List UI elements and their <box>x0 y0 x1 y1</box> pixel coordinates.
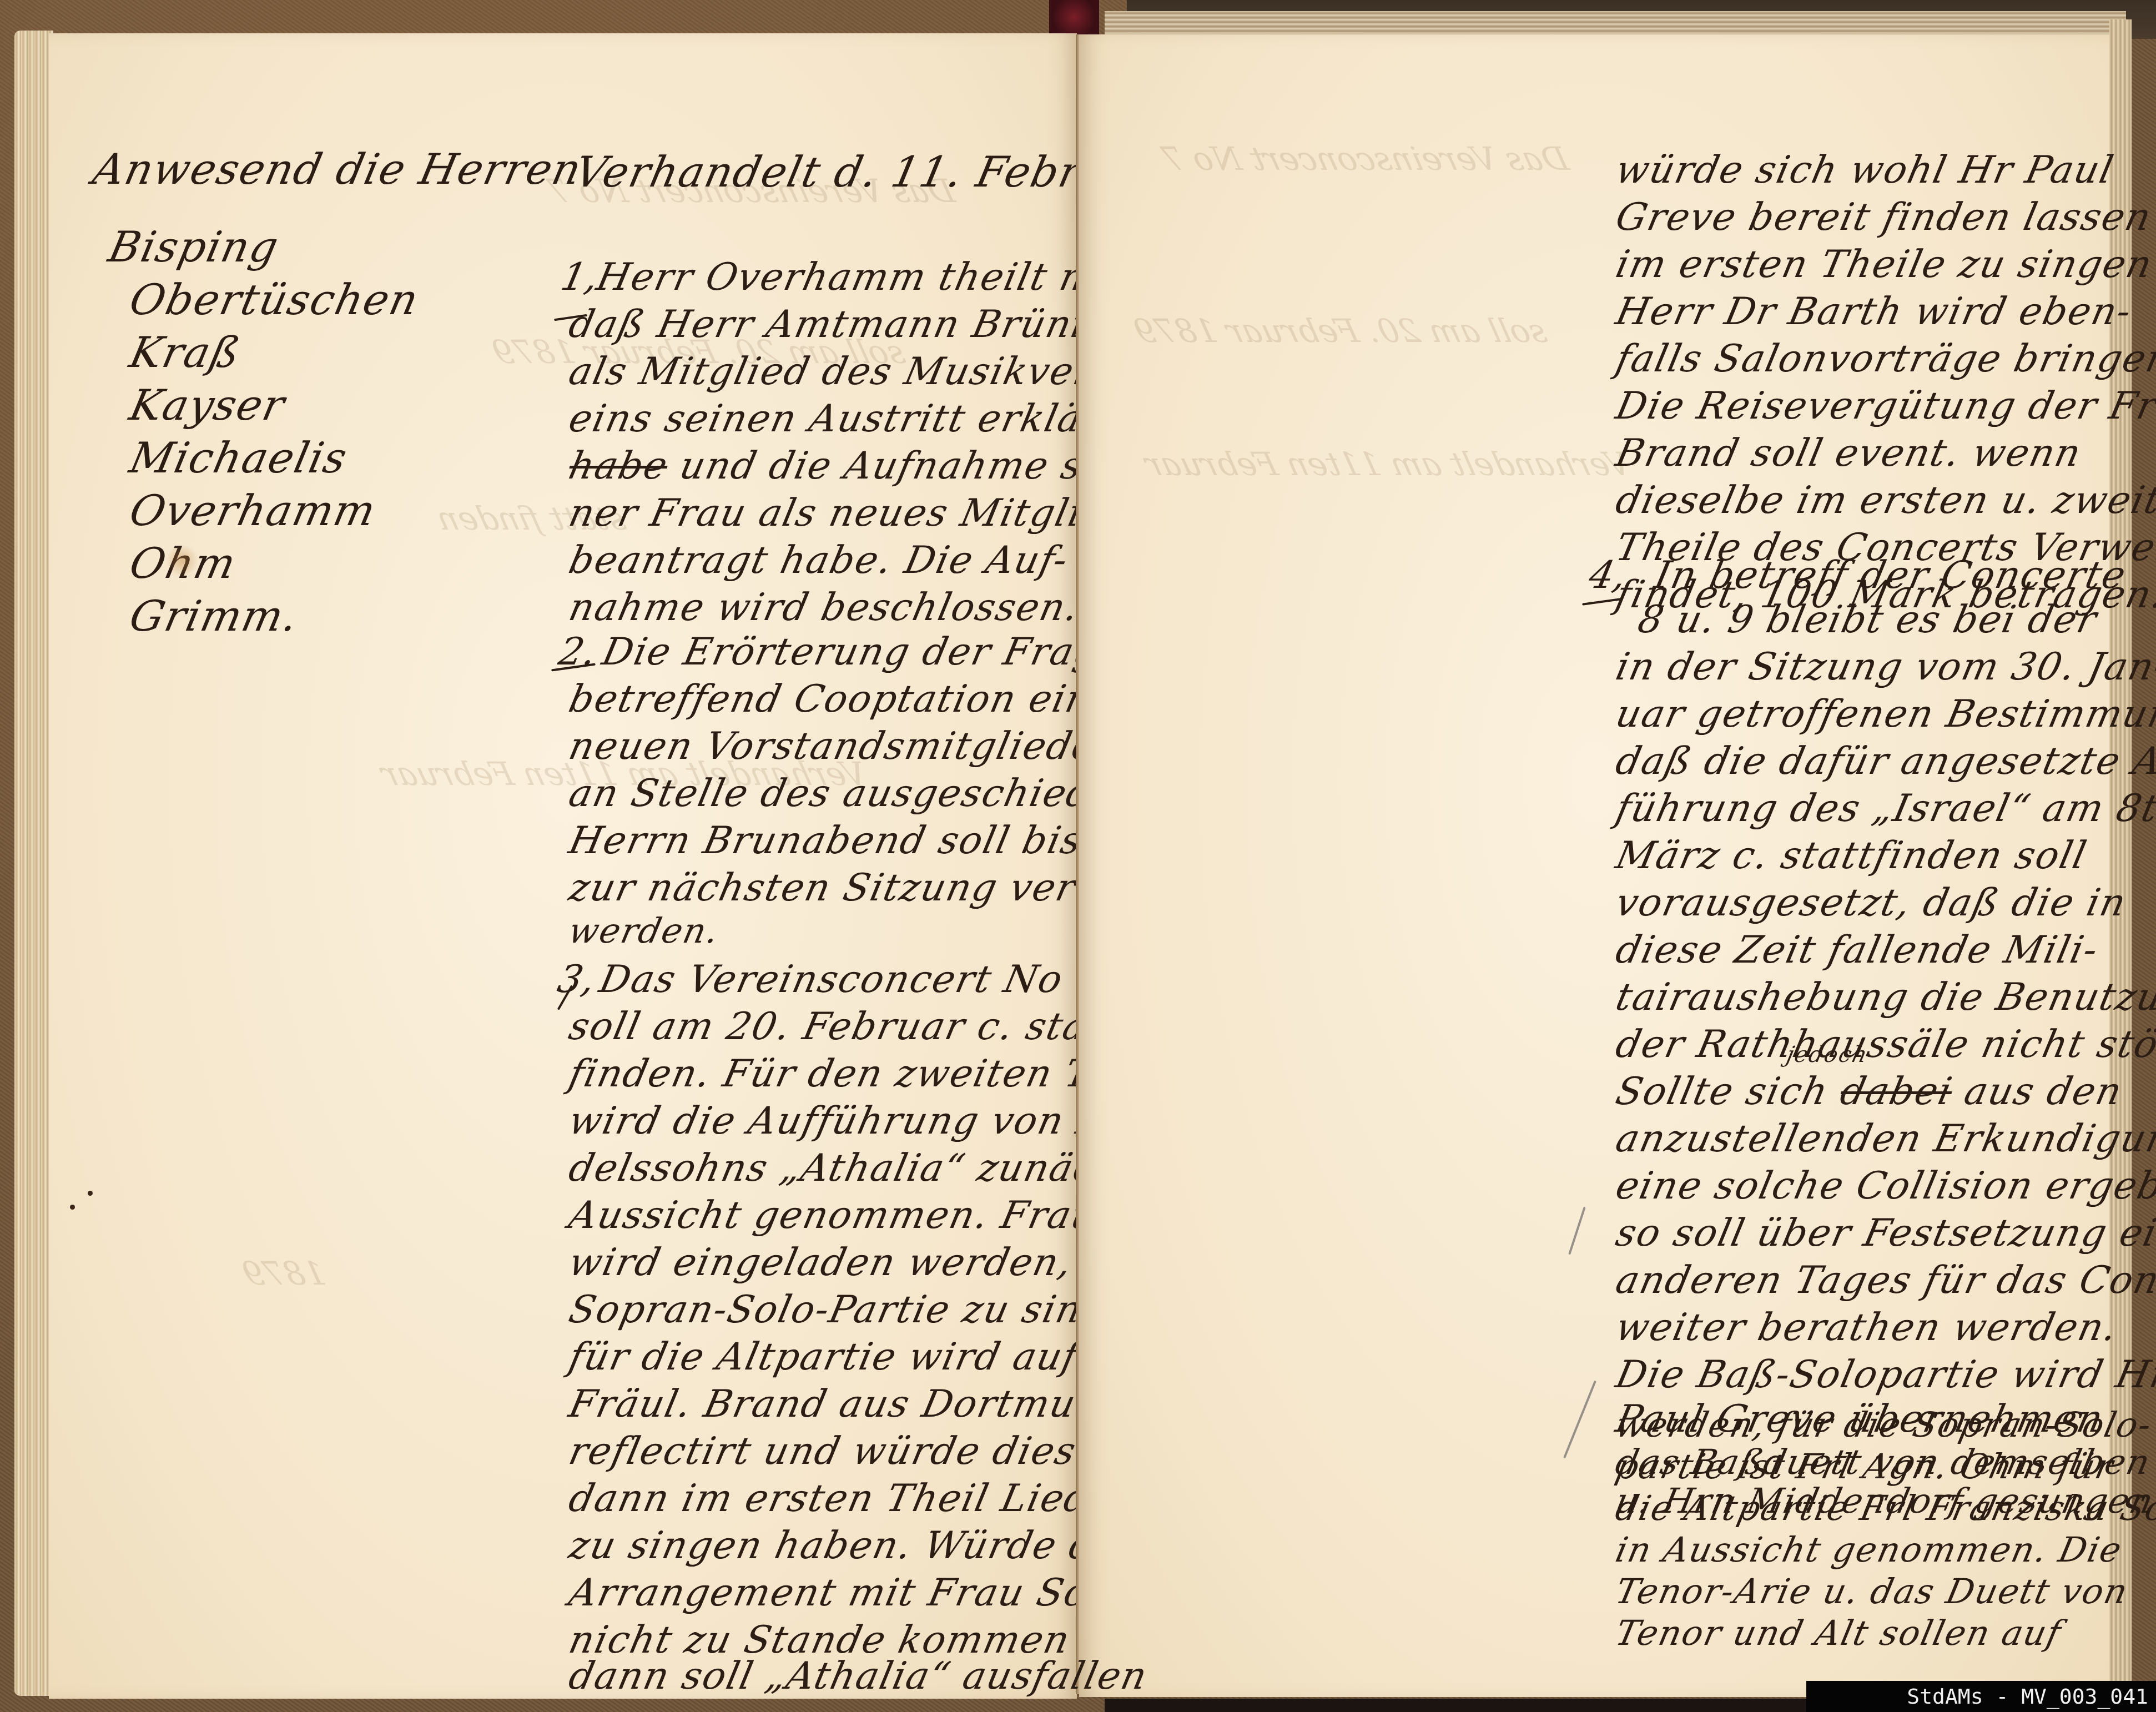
minutes-line: Die Baß-Solopartie wird Hr. <box>1612 1353 2156 1397</box>
minutes-line: anzustellenden Erkundigungen <box>1612 1117 2156 1161</box>
attendee-name: Grimm. <box>125 591 304 641</box>
pencil-margin-mark <box>1563 1381 1596 1459</box>
minutes-line: Tenor-Arie u. das Duett von <box>1612 1571 2132 1612</box>
minutes-line: werden, für die Sopran-Solo- <box>1612 1404 2156 1445</box>
minutes-line: habe und die Aufnahme sei- <box>565 444 1137 488</box>
minutes-line: Herr Overhamm theilt mit, <box>593 255 1145 299</box>
attendee-name: Bisping <box>104 222 284 271</box>
attendee-name: Michaelis <box>125 433 352 482</box>
struck-word: habe <box>565 444 672 488</box>
minutes-line: 8 u. 9 bleibt es bei der <box>1634 598 2101 642</box>
spine-headband <box>1049 0 1099 34</box>
minutes-line: zur nächsten Sitzung vertagt <box>565 866 1162 910</box>
page-stack-top <box>1105 11 2126 36</box>
minutes-line: weiter berathen werden. <box>1612 1306 2122 1350</box>
minutes-line: tairaushebung die Benutzung <box>1612 975 2156 1019</box>
struck-word: dabei <box>1836 1070 1956 1114</box>
minutes-line: würde sich wohl Hr Paul <box>1612 148 2118 192</box>
ink-speck <box>70 1205 75 1210</box>
minutes-line: März c. stattfinden soll <box>1612 834 2091 878</box>
attendee-name: Kayser <box>125 380 290 430</box>
minutes-line: Brand soll event. wenn <box>1612 431 2086 475</box>
minutes-line: eine solche Collision ergeben <box>1612 1164 2156 1208</box>
minutes-line: Die Reisevergütung der Fräul. <box>1612 384 2156 428</box>
minutes-line: soll am 20. Februar c. statt- <box>565 1005 1138 1049</box>
minutes-line: neuen Vorstandsmitgliedes <box>565 724 1121 768</box>
minutes-line: anderen Tages für das Concert <box>1612 1258 2156 1302</box>
minutes-line: Sollte sich dabei aus den <box>1612 1070 2127 1114</box>
interlinear-insert: jedoch <box>1784 1042 1871 1068</box>
bleed-through-text: 1879 <box>239 1255 330 1292</box>
minutes-line: in der Sitzung vom 30. Jan- <box>1612 645 2156 689</box>
minutes-line-rest: und die Aufnahme sei- <box>663 444 1137 488</box>
minutes-line: In betreff der Concerte <box>1651 553 2130 597</box>
left-page: Das Vereinsconcert No 7 soll am 20. Febr… <box>49 33 1077 1699</box>
minutes-line: nahme wird beschlossen. <box>565 586 1084 630</box>
bleed-through-text: Das Vereinsconcert No 7 <box>1158 140 1573 178</box>
minutes-line: daß Herr Amtmann Brüning <box>565 303 1140 346</box>
minutes-line: ner Frau als neues Mitglied <box>565 491 1135 535</box>
page-stack-left <box>14 31 53 1696</box>
minutes-line: zu singen haben. Würde das <box>565 1524 1144 1568</box>
minutes-line: werden. <box>565 910 723 951</box>
minutes-line: Greve bereit finden lassen <box>1612 195 2155 239</box>
archive-reference-label: StdAMs - MV_003_041 <box>1806 1681 2156 1712</box>
minutes-line: in Aussicht genommen. Die <box>1612 1529 2126 1570</box>
minutes-line: Fräul. Brand aus Dortmund <box>565 1382 1131 1426</box>
bleed-through-text: Verhandelt am 11ten Februar <box>1141 445 1634 483</box>
minutes-line: Die Erörterung der Frage <box>598 630 1127 674</box>
minutes-line: der Rathhaussäle nicht stört. <box>1612 1023 2156 1066</box>
item-number: 3, <box>554 958 600 1001</box>
minutes-line: beantragt habe. Die Auf- <box>565 538 1072 582</box>
minutes-line: Das Vereinsconcert No 7 <box>596 958 1106 1001</box>
minutes-line: vorausgesetzt, daß die in <box>1612 881 2130 925</box>
ink-speck <box>88 1191 93 1196</box>
minutes-line: uar getroffenen Bestimmung, <box>1612 692 2156 736</box>
minutes-line: diese Zeit fallende Mili- <box>1612 928 2103 972</box>
minutes-line: führung des „Israel“ am 8ten <box>1612 787 2156 830</box>
minutes-line: wird eingeladen werden, die <box>565 1241 1152 1285</box>
minutes-line: so soll über Festsetzung eines <box>1612 1211 2156 1255</box>
minutes-line: im ersten Theile zu singen <box>1612 243 2156 286</box>
minutes-line: Herr Dr Barth wird eben- <box>1612 290 2136 334</box>
minutes-line: betreffend Cooptation eines <box>565 677 1140 721</box>
minutes-line: Herrn Brunabend soll bis <box>565 819 1086 863</box>
minutes-line: falls Salonvorträge bringen. <box>1612 337 2156 381</box>
minutes-line: die Altpartie Frl Franziska Schaub <box>1612 1488 2156 1528</box>
minutes-line: daß die dafür angesetzte Auf- <box>1612 739 2156 783</box>
pencil-margin-mark <box>1568 1207 1586 1255</box>
attendee-name: Kraß <box>125 328 245 377</box>
minutes-line: Tenor und Alt sollen auf <box>1612 1613 2066 1653</box>
minutes-line: dann im ersten Theil Lieder <box>565 1477 1137 1520</box>
minutes-line: eins seinen Austritt erklärt <box>565 397 1122 441</box>
minutes-line: dann soll „Athalia“ ausfallen <box>565 1654 1152 1698</box>
attendee-name: Obertüschen <box>125 275 424 324</box>
paper-stain <box>165 544 199 577</box>
minutes-line: für die Altpartie wird auf <box>565 1335 1082 1379</box>
attendance-heading: Anwesend die Herren <box>89 144 586 194</box>
minutes-line: partie ist Frl Agn. Ohm für <box>1612 1446 2118 1487</box>
minutes-line: als Mitglied des Musikver- <box>565 350 1111 394</box>
attendee-name: Overhamm <box>125 486 381 535</box>
bleed-through-text: soll am 20. Februar 1879 <box>1130 312 1551 350</box>
minutes-line: dieselbe im ersten u. zweiten <box>1612 479 2156 522</box>
